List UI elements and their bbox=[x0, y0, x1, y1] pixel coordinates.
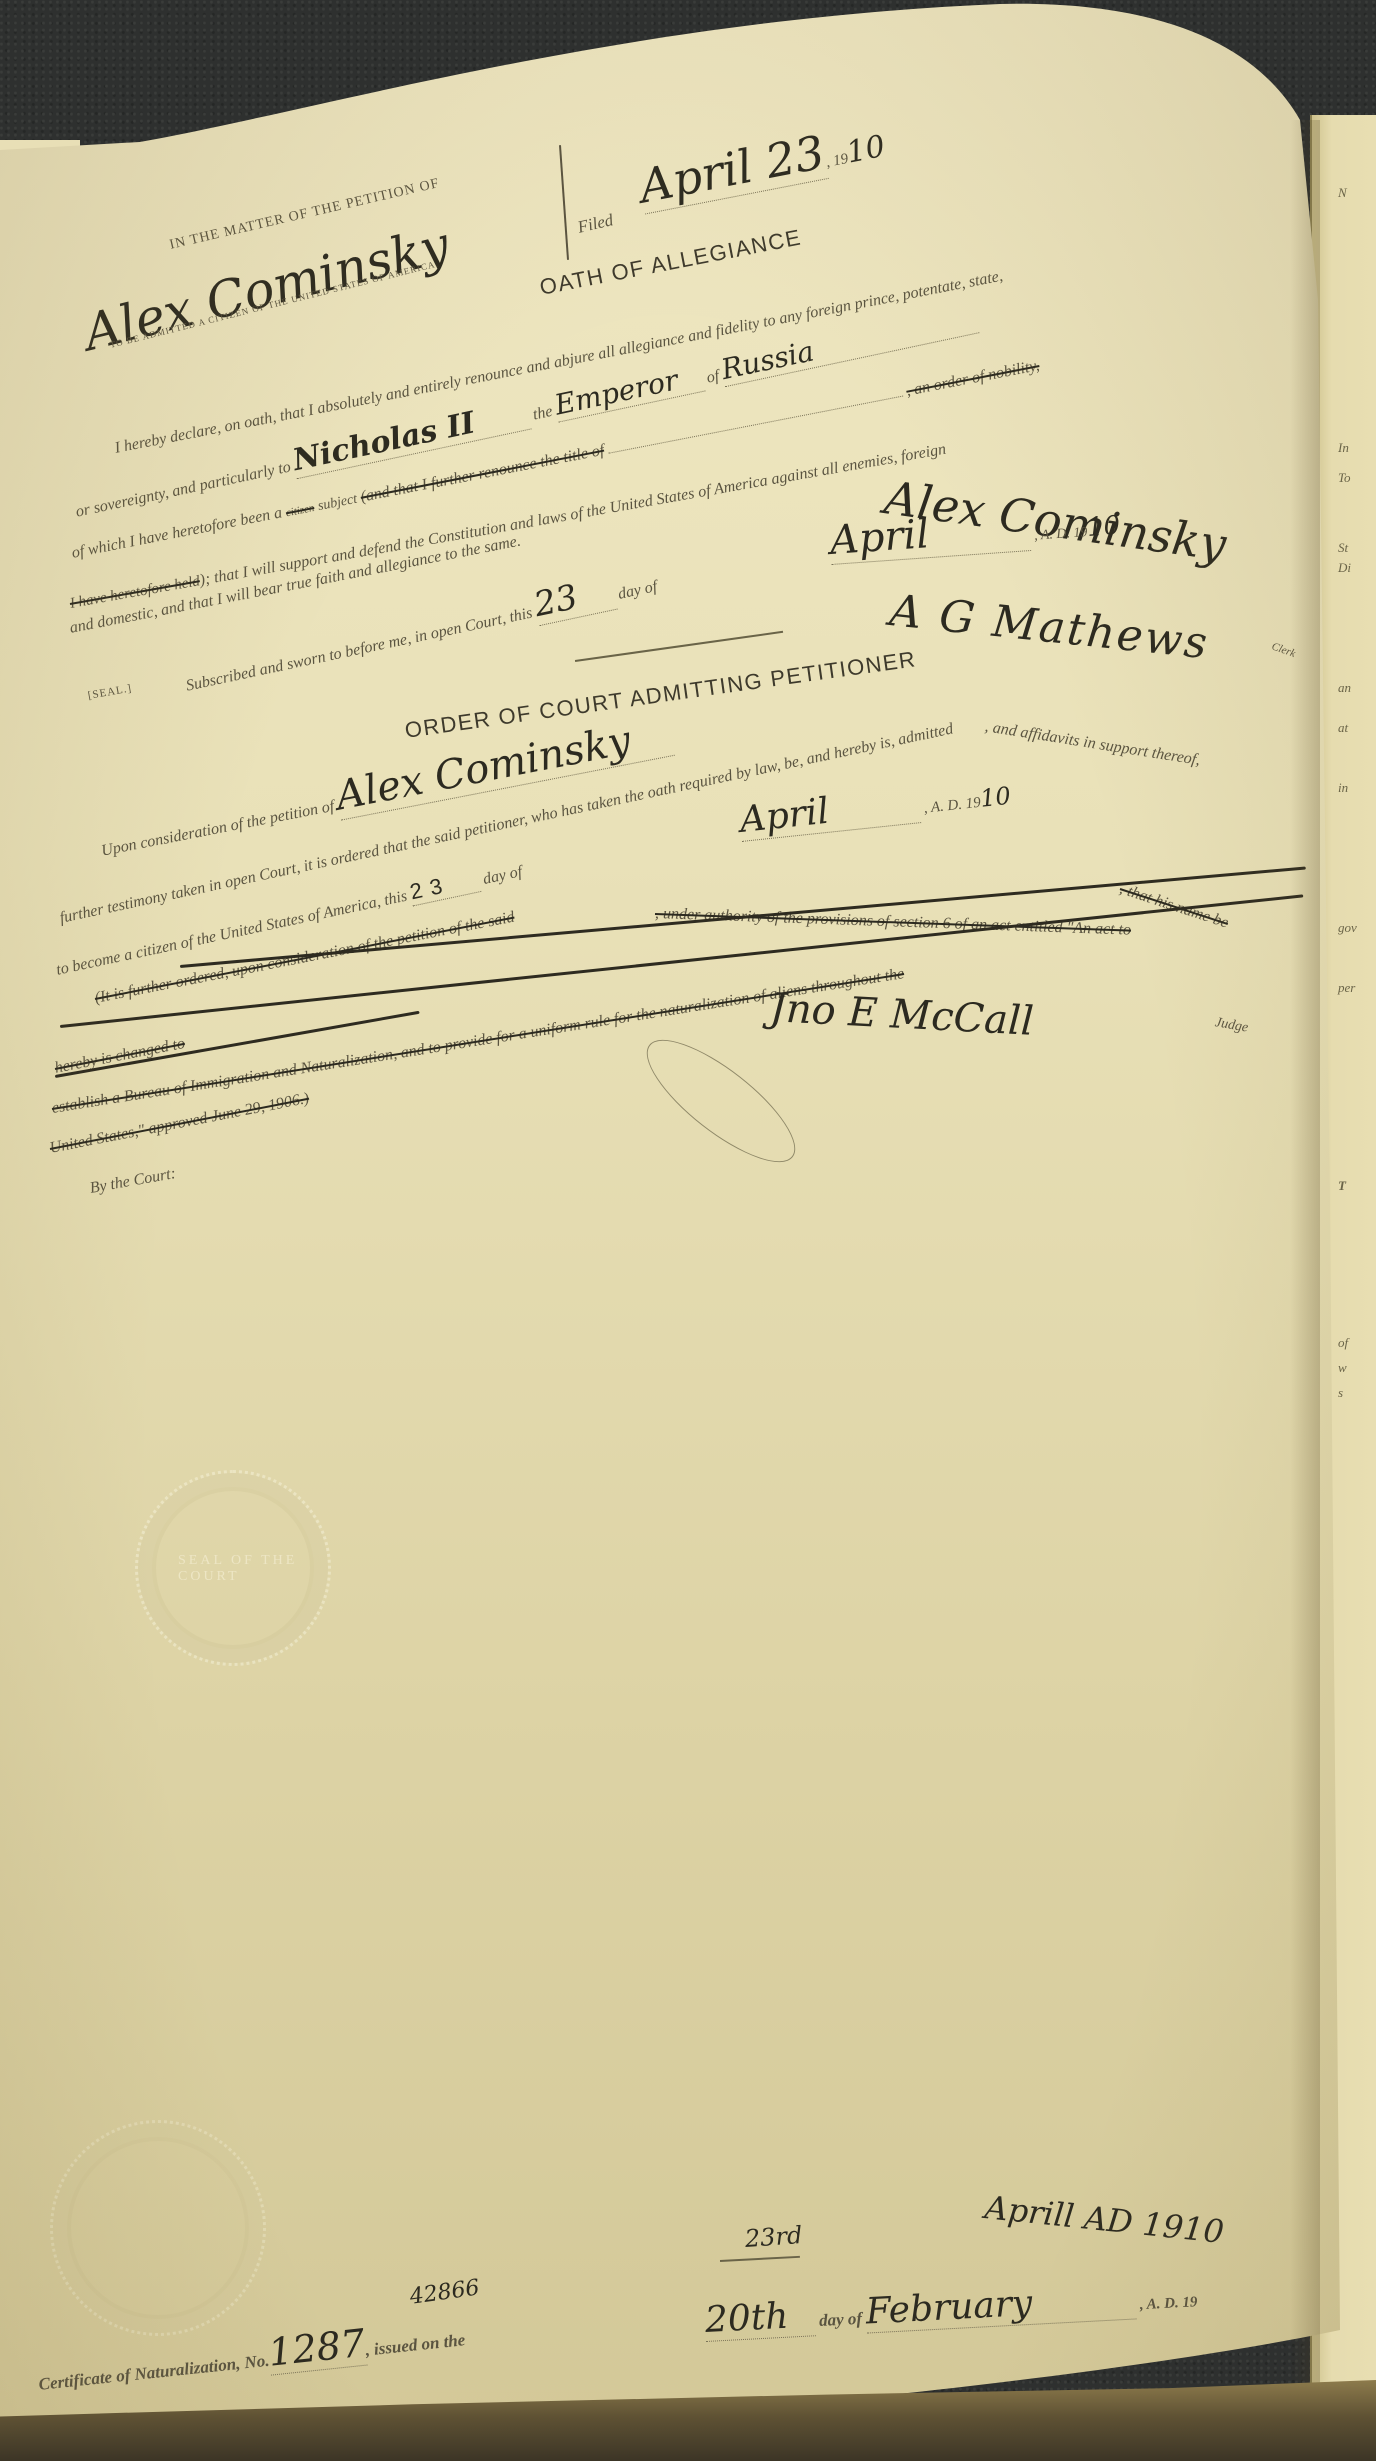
strike-mark bbox=[60, 894, 1303, 1027]
sworn-ad-print: , A. D. 19 bbox=[1034, 525, 1088, 544]
order-year-hand: 10 bbox=[979, 782, 1012, 813]
binding-fold-shadow bbox=[1290, 120, 1320, 2410]
seal-text: SEAL OF THE COURT bbox=[178, 1553, 328, 1585]
certificate-day-of: day of bbox=[819, 2309, 863, 2330]
signature-flourish bbox=[630, 1021, 812, 1182]
certificate-day-strike bbox=[720, 2256, 800, 2262]
facing-fragment: gov bbox=[1338, 920, 1357, 936]
oath-line2-the: the bbox=[531, 403, 554, 424]
petitioner-oath-signature: Alex Cominsky bbox=[881, 470, 1229, 571]
country-hand: Russia bbox=[718, 300, 979, 387]
struck-citizen: citizen bbox=[285, 502, 315, 519]
struck-line-3: hereby is changed to bbox=[53, 1035, 186, 1078]
title-blank bbox=[609, 396, 904, 454]
judge-signature: Jno E McCall bbox=[769, 985, 1035, 1045]
sworn-year-hand: 10 bbox=[1086, 511, 1121, 543]
facing-fragment: In bbox=[1338, 440, 1349, 456]
oath-line2-prefix: or sovereignty, and particularly to bbox=[74, 458, 292, 520]
judge-label: Judge bbox=[1214, 1015, 1250, 1037]
facing-fragment: T bbox=[1338, 1178, 1346, 1194]
struck-line-6: United States," approved June 29, 1906.) bbox=[48, 1090, 310, 1158]
sworn-line: Subscribed and sworn to before me, in op… bbox=[181, 560, 660, 700]
struck-heretofore-held: I have heretofore held bbox=[69, 573, 202, 612]
oath-title: OATH OF ALLEGIANCE bbox=[538, 224, 804, 300]
oath-line2-of: of bbox=[705, 367, 721, 386]
sworn-text: Subscribed and sworn to before me, in op… bbox=[184, 605, 533, 695]
order-title: ORDER OF COURT ADMITTING PETITIONER bbox=[403, 646, 918, 744]
facing-fragment: at bbox=[1338, 720, 1348, 736]
oath-line-2: or sovereignty, and particularly to Nich… bbox=[71, 299, 980, 526]
matter-of-caption: IN THE MATTER OF THE PETITION OF bbox=[168, 176, 441, 254]
filed-year-print: , 19 bbox=[824, 151, 849, 171]
sworn-day-of: day of bbox=[616, 578, 658, 603]
embossed-seal-lower bbox=[50, 2120, 266, 2336]
certificate-date-line: 20th day of February , A. D. 19 bbox=[704, 2274, 1198, 2342]
struck-line-1: (It is further ordered, upon considerati… bbox=[93, 909, 516, 1008]
order-month-hand: April bbox=[738, 781, 921, 842]
oath-line-3: of which I have heretofore been a citize… bbox=[70, 357, 1041, 563]
facing-fragment: s bbox=[1338, 1385, 1343, 1401]
strike-mark bbox=[55, 1011, 420, 1078]
certificate-line: Certificate of Naturalization, No.1287, … bbox=[36, 2310, 467, 2400]
order-day-of: day of bbox=[481, 863, 523, 888]
certificate-month-correction: Aprill AD 1910 bbox=[983, 2188, 1226, 2251]
certificate-number-annotation: 42866 bbox=[408, 2275, 481, 2309]
oath-line4-text: ); that I will support and defend the Co… bbox=[198, 441, 947, 589]
struck-line-4: , under authority of the provisions of s… bbox=[655, 905, 1132, 940]
filed-year-hand: 10 bbox=[844, 129, 888, 171]
struck-renounce-title: (and that I further renounce the title o… bbox=[359, 442, 606, 506]
order-line3-prefix: to become a citizen of the United States… bbox=[55, 888, 409, 979]
sovereign-hand: Nicholas II bbox=[290, 394, 532, 479]
oath-line3-prefix: of which I have heretofore been a bbox=[70, 504, 283, 561]
header-divider bbox=[559, 145, 569, 260]
certificate-day-correction: 23rd bbox=[744, 2221, 803, 2253]
strike-mark bbox=[180, 867, 1306, 968]
filed-label: Filed bbox=[576, 210, 615, 238]
struck-line-5: establish a Bureau of Immigration and Na… bbox=[51, 965, 906, 1118]
admitted-caption: TO BE ADMITTED A CITIZEN OF THE UNITED S… bbox=[109, 258, 440, 350]
order-month: April , A. D. 1910 bbox=[738, 772, 1013, 842]
oath-line-1: I hereby declare, on oath, that I absolu… bbox=[113, 268, 1004, 458]
seal-placeholder: [SEAL.] bbox=[87, 682, 133, 702]
certificate-ad-print: , A. D. 19 bbox=[1139, 2294, 1198, 2313]
naturalization-page: IN THE MATTER OF THE PETITION OF Alex Co… bbox=[0, 0, 1345, 2440]
sworn-month: April , A. D. 1910 bbox=[828, 498, 1121, 565]
facing-fragment: per bbox=[1338, 980, 1355, 996]
order-line-3: to become a citizen of the United States… bbox=[53, 856, 524, 981]
header-petitioner-name: Alex Cominsky bbox=[78, 215, 455, 362]
order-day-hand: 23 bbox=[408, 865, 482, 906]
embossed-seal: SEAL OF THE COURT bbox=[135, 1470, 331, 1666]
section-divider bbox=[575, 631, 783, 662]
facing-fragment: St bbox=[1338, 540, 1348, 556]
facing-fragment: w bbox=[1338, 1360, 1347, 1376]
by-the-court: By the Court: bbox=[88, 1165, 177, 1198]
facing-fragment: Di bbox=[1338, 560, 1351, 576]
certificate-issued-on: , issued on the bbox=[365, 2330, 467, 2359]
sworn-month-hand: April bbox=[828, 504, 1031, 565]
facing-fragment: To bbox=[1338, 470, 1351, 486]
certificate-day-hand: 20th bbox=[704, 2294, 816, 2342]
facing-fragment: an bbox=[1338, 680, 1351, 696]
order-line-2: further testimony taken in open Court, i… bbox=[58, 720, 955, 927]
oath-line-4: I have heretofore held); that I will sup… bbox=[68, 441, 947, 613]
certificate-number-hand: 1287 bbox=[266, 2321, 367, 2376]
struck-order-nobility: , an order of nobility, bbox=[905, 357, 1041, 400]
oath-line-5: and domestic, and that I will bear true … bbox=[68, 533, 522, 638]
struck-line-2: , that his name be bbox=[1117, 880, 1230, 932]
order-line1-prefix: Upon consideration of the petition of bbox=[100, 798, 336, 860]
clerk-signature: A G Mathews bbox=[887, 585, 1211, 669]
order-ad-print: , A. D. 19 bbox=[923, 795, 982, 817]
monarch-title-hand: Emperor bbox=[552, 358, 706, 422]
filed-date: April 23, 1910 bbox=[635, 113, 889, 214]
subject-word: subject bbox=[317, 492, 359, 514]
order-line1-suffix: , and affidavits in support thereof, bbox=[984, 718, 1202, 770]
filed-date-hand: April 23 bbox=[635, 125, 829, 215]
order-petitioner-hand: Alex Cominsky bbox=[332, 710, 675, 821]
facing-fragment: of bbox=[1338, 1335, 1348, 1351]
certificate-month-hand: February bbox=[865, 2277, 1137, 2333]
facing-fragment: in bbox=[1338, 780, 1348, 796]
sworn-day-hand: 23 bbox=[531, 569, 618, 626]
order-line-1: Upon consideration of the petition of Al… bbox=[96, 710, 675, 867]
certificate-label: Certificate of Naturalization, No. bbox=[38, 2351, 271, 2394]
facing-fragment: N bbox=[1338, 185, 1347, 201]
